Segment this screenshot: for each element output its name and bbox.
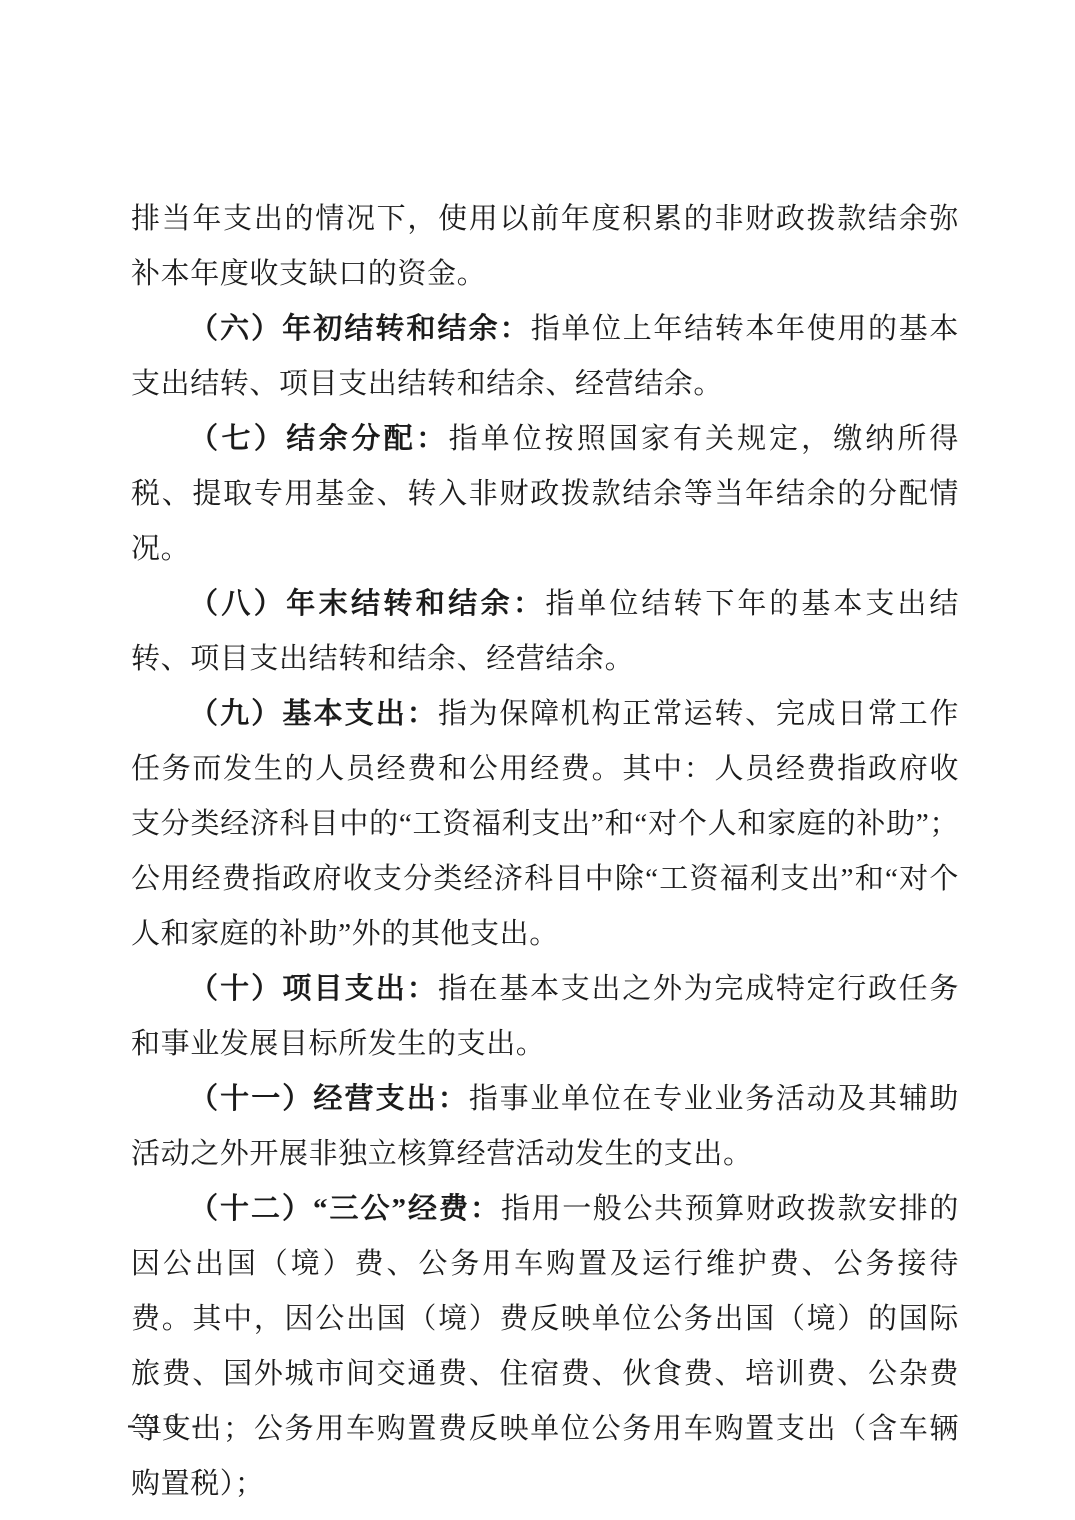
paragraph-term: （十）项目支出： bbox=[189, 973, 438, 1005]
paragraph-body: 指用一般公共预算财政拨款安排的因公出国（境）费、公务用车购置及运行维护费、公务接… bbox=[131, 1193, 959, 1500]
paragraph-continued: 排当年支出的情况下，使用以前年度积累的非财政拨款结余弥补本年度收支缺口的资金。 bbox=[131, 192, 959, 302]
paragraph-term: （八）年末结转和结余： bbox=[189, 588, 545, 620]
paragraph-term: （九）基本支出： bbox=[189, 698, 438, 730]
page-number: - 10 - bbox=[127, 1404, 203, 1444]
document-page: 排当年支出的情况下，使用以前年度积累的非财政拨款结余弥补本年度收支缺口的资金。 … bbox=[0, 0, 1075, 1520]
paragraph-item-6: （六）年初结转和结余：指单位上年结转本年使用的基本支出结转、项目支出结转和结余、… bbox=[131, 302, 959, 412]
paragraph-body: 指为保障机构正常运转、完成日常工作任务而发生的人员经费和公用经费。其中：人员经费… bbox=[131, 698, 959, 950]
paragraph-body: 排当年支出的情况下，使用以前年度积累的非财政拨款结余弥补本年度收支缺口的资金。 bbox=[131, 203, 959, 290]
paragraph-item-9: （九）基本支出：指为保障机构正常运转、完成日常工作任务而发生的人员经费和公用经费… bbox=[131, 687, 959, 962]
paragraph-item-7: （七）结余分配：指单位按照国家有关规定，缴纳所得税、提取专用基金、转入非财政拨款… bbox=[131, 412, 959, 577]
document-text-block: 排当年支出的情况下，使用以前年度积累的非财政拨款结余弥补本年度收支缺口的资金。 … bbox=[131, 192, 959, 1512]
paragraph-term: （十一）经营支出： bbox=[189, 1083, 469, 1115]
paragraph-term: （十二）“三公”经费： bbox=[189, 1193, 501, 1225]
paragraph-item-10: （十）项目支出：指在基本支出之外为完成特定行政任务和事业发展目标所发生的支出。 bbox=[131, 962, 959, 1072]
paragraph-item-12: （十二）“三公”经费：指用一般公共预算财政拨款安排的因公出国（境）费、公务用车购… bbox=[131, 1182, 959, 1512]
paragraph-term: （六）年初结转和结余： bbox=[189, 313, 531, 345]
paragraph-item-11: （十一）经营支出：指事业单位在专业业务活动及其辅助活动之外开展非独立核算经营活动… bbox=[131, 1072, 959, 1182]
paragraph-item-8: （八）年末结转和结余：指单位结转下年的基本支出结转、项目支出结转和结余、经营结余… bbox=[131, 577, 959, 687]
paragraph-term: （七）结余分配： bbox=[189, 423, 449, 455]
